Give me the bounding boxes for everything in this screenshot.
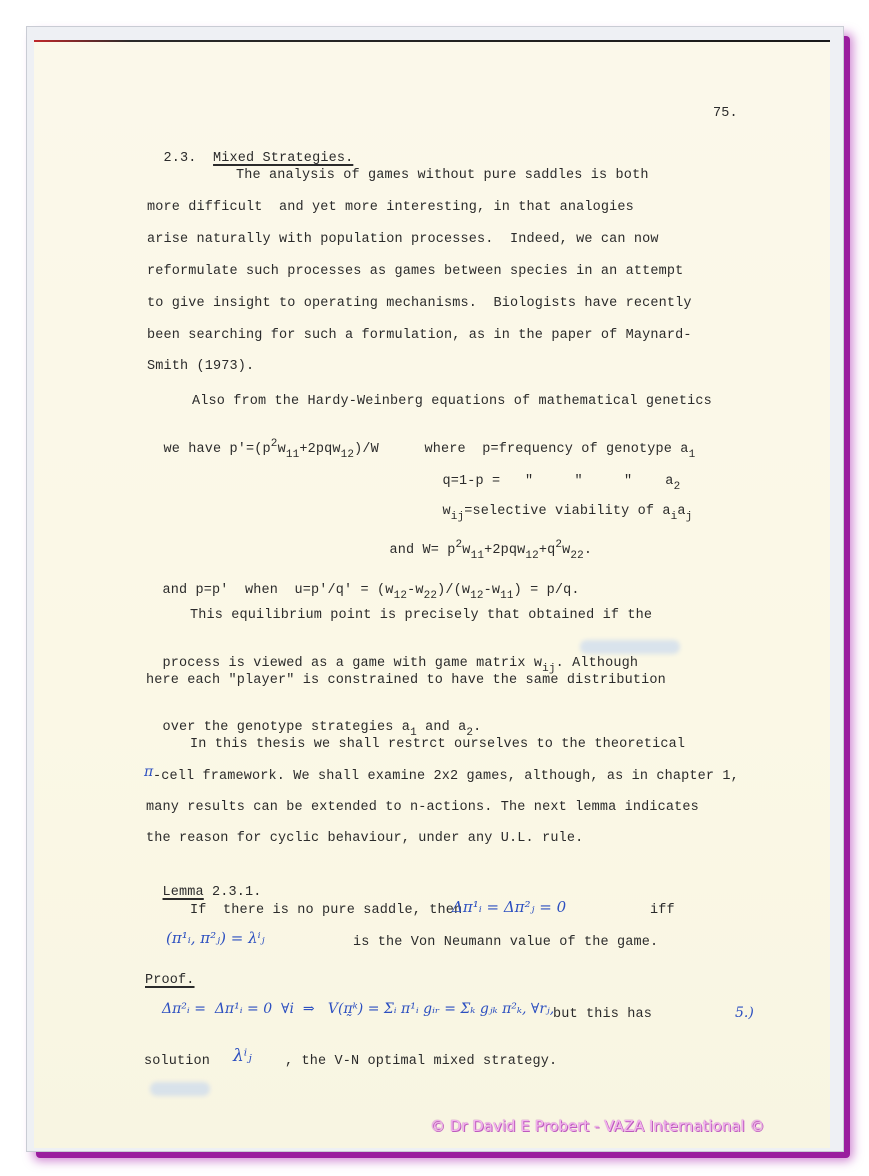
ink-smudge (150, 1082, 210, 1096)
paragraph-1-line: The analysis of games without pure saddl… (236, 168, 649, 184)
paragraph-1-line: arise naturally with population processe… (147, 232, 659, 248)
equilibrium-equation: and p=p' when u=p'/q' = (w12-w22)/(w12-w… (146, 567, 580, 599)
hardy-weinberg-equation: we have p'=(p2w11+2pqw12)/W (147, 426, 379, 458)
paragraph-3-line: here each "player" is constrained to hav… (146, 673, 666, 689)
proof-line: but this has (553, 1007, 652, 1023)
lemma-number: 2.3.1. (212, 885, 262, 900)
paragraph-1-line: to give insight to operating mechanisms.… (147, 296, 692, 312)
paragraph-1-line: more difficult and yet more interesting,… (147, 200, 634, 216)
proof-label: Proof. (145, 973, 195, 989)
section-title: Mixed Strategies. (213, 151, 353, 166)
proof-line: , the V-N optimal mixed strategy. (285, 1054, 557, 1070)
paragraph-1-line: been searching for such a formulation, a… (147, 328, 692, 344)
copyright-watermark: © Dr David E Probert - VAZA Internationa… (430, 1117, 765, 1135)
page-number: 75. (713, 106, 738, 122)
equation-number: 5.) (735, 1005, 754, 1021)
definition-w: wij=selective viability of aiaj (426, 488, 692, 520)
lemma-statement: is the Von Neumann value of the game. (353, 935, 658, 951)
paragraph-3-line: This equilibrium point is precisely that… (190, 608, 652, 624)
paragraph-1-line: Smith (1973). (147, 359, 254, 375)
paragraph-4-line: -cell framework. We shall examine 2x2 ga… (153, 769, 739, 785)
handwritten-pi: π (144, 764, 153, 780)
handwritten-lambda: λⁱⱼ (233, 1046, 252, 1066)
paragraph-1-line: reformulate such processes as games betw… (147, 264, 683, 280)
handwritten-formula-pi-pair: (π¹ᵢ, π²ⱼ) = λⁱⱼ (166, 929, 265, 947)
lemma-label: Lemma (163, 885, 204, 900)
section-heading: 2.3. Mixed Strategies. (147, 135, 353, 167)
definition-p: where p=frequency of genotype a1 (408, 426, 695, 458)
section-number: 2.3. (164, 151, 197, 166)
paragraph-4-line: In this thesis we shall restrct ourselve… (190, 737, 685, 753)
page-top-edge (34, 40, 830, 42)
paragraph-3-line: over the genotype strategies a1 and a2. (146, 704, 481, 736)
paragraph-4-line: the reason for cyclic behaviour, under a… (146, 831, 583, 847)
definition-q: q=1-p = " " " a2 (426, 458, 680, 490)
handwritten-formula-delta: Δπ¹ᵢ = Δπ²ⱼ = 0 (452, 898, 566, 916)
definition-W: and W= p2w11+2pqw12+q2w22. (373, 527, 592, 559)
paragraph-2-line: Also from the Hardy-Weinberg equations o… (192, 394, 712, 410)
paragraph-4-line: many results can be extended to n-action… (146, 800, 699, 816)
proof-line: solution (144, 1054, 210, 1070)
paragraph-3-line: process is viewed as a game with game ma… (146, 640, 638, 672)
lemma-heading: Lemma 2.3.1. (146, 869, 262, 901)
handwritten-proof-formula: Δπ²ᵢ = Δπ¹ᵢ = 0 ∀i ⇒ V(π̰ᵏ) = Σᵢ π¹ᵢ gᵢᵣ… (162, 1001, 554, 1017)
lemma-statement: If there is no pure saddle, then (190, 903, 462, 919)
lemma-iff: iff (650, 903, 675, 919)
